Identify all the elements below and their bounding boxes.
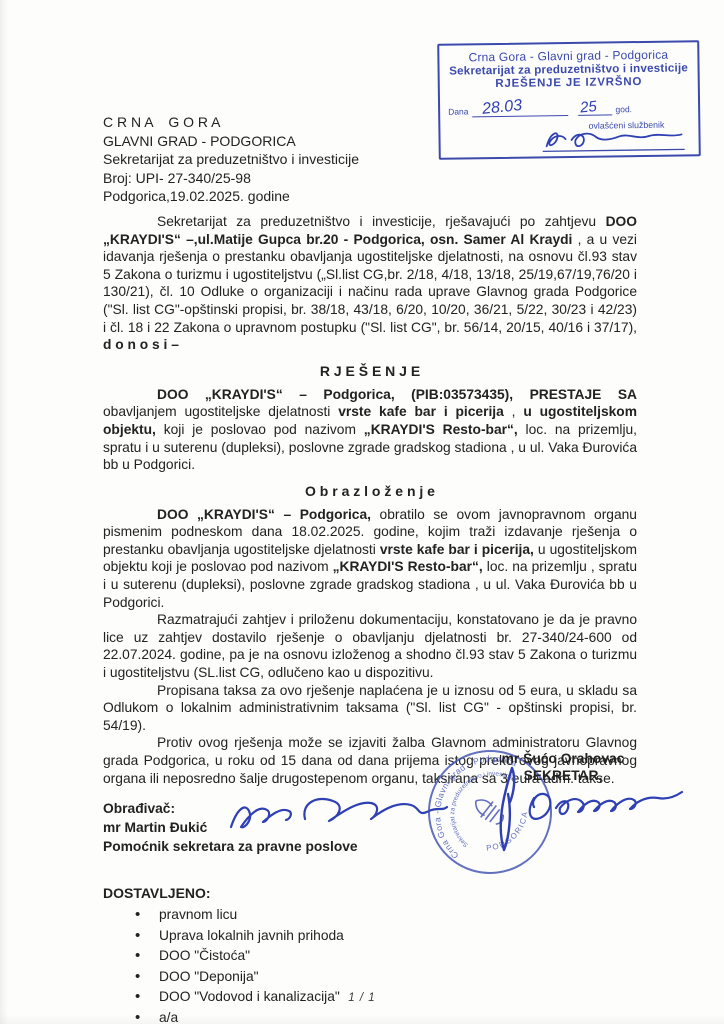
section-heading-obrazlozenje: O b r a z l o ž e n j e xyxy=(103,483,637,499)
text-run-tradename: „KRAYDI'S Resto-bar“, xyxy=(364,422,518,437)
delivered-list: pravnom licu Uprava lokalnih javnih prih… xyxy=(103,905,637,1024)
text-run-activity: vrste kafe bar i picerija xyxy=(338,404,504,419)
delivered-item: DOO "Deponija" xyxy=(135,967,637,988)
delivered-item: a/a xyxy=(135,1008,637,1024)
letterhead-country: C R N A G O R A xyxy=(103,113,637,132)
text-run-company: DOO „KRAYDI'S“ – Podgorica, (PIB:0357343… xyxy=(157,387,637,402)
text-run: obavljanjem ugostiteljske djelatnosti xyxy=(103,404,338,419)
text-run-company: DOO „KRAYDI'S“ – Podgorica, xyxy=(157,507,371,522)
signature-orahovac xyxy=(482,758,692,858)
letterhead-city: GLAVNI GRAD - PODGORICA xyxy=(103,132,637,151)
letterhead: C R N A G O R A GLAVNI GRAD - PODGORICA … xyxy=(103,113,637,206)
text-run-tradename: „KRAYDI'S Resto-bar“, xyxy=(333,559,483,574)
explanation-paragraph-2: Razmatrajući zahtjev i priloženu dokumen… xyxy=(103,611,637,681)
dispositive-paragraph: DOO „KRAYDI'S“ – Podgorica, (PIB:0357343… xyxy=(103,386,637,474)
text-run: , xyxy=(504,404,524,419)
scanned-decision-document: Crna Gora - Glavni grad - Podgorica Sekr… xyxy=(0,0,724,1024)
delivered-item: pravnom licu xyxy=(135,905,637,926)
text-run-donosi: d o n o s i – xyxy=(103,337,179,352)
fee-paragraph: Propisana taksa za ovo rješenje naplaćen… xyxy=(103,682,637,735)
document-body: C R N A G O R A GLAVNI GRAD - PODGORICA … xyxy=(103,113,637,1024)
section-heading-rjesenje: R J E Š E N J E xyxy=(103,363,637,379)
intro-paragraph: Sekretarijat za preduzetništvo i investi… xyxy=(103,213,637,354)
letterhead-place-date: Podgorica,19.02.2025. godine xyxy=(103,187,637,206)
letterhead-department: Sekretarijat za preduzetništvo i investi… xyxy=(103,150,637,169)
explanation-paragraph-1: DOO „KRAYDI'S“ – Podgorica, obratilo se … xyxy=(103,506,637,612)
page-number: 1 / 1 xyxy=(0,992,724,1004)
delivered-label: DOSTAVLJENO: xyxy=(103,885,637,901)
letterhead-case-number: Broj: UPI- 27-340/25-98 xyxy=(103,169,637,188)
text-run: Sekretarijat za preduzetništvo i investi… xyxy=(157,214,606,229)
stamp-executed-line: RJEŠENJE JE IZVRŠNO xyxy=(448,75,690,90)
delivered-item: Uprava lokalnih javnih prihoda xyxy=(135,926,637,947)
text-run: , a u vezi idavanja rješenja o prestanku… xyxy=(103,232,637,335)
text-run: koji je poslovao pod nazivom xyxy=(156,422,364,437)
text-run-activity: vrste kafe bar i picerija, xyxy=(380,542,534,557)
delivered-item: DOO "Čistoća" xyxy=(135,946,637,967)
